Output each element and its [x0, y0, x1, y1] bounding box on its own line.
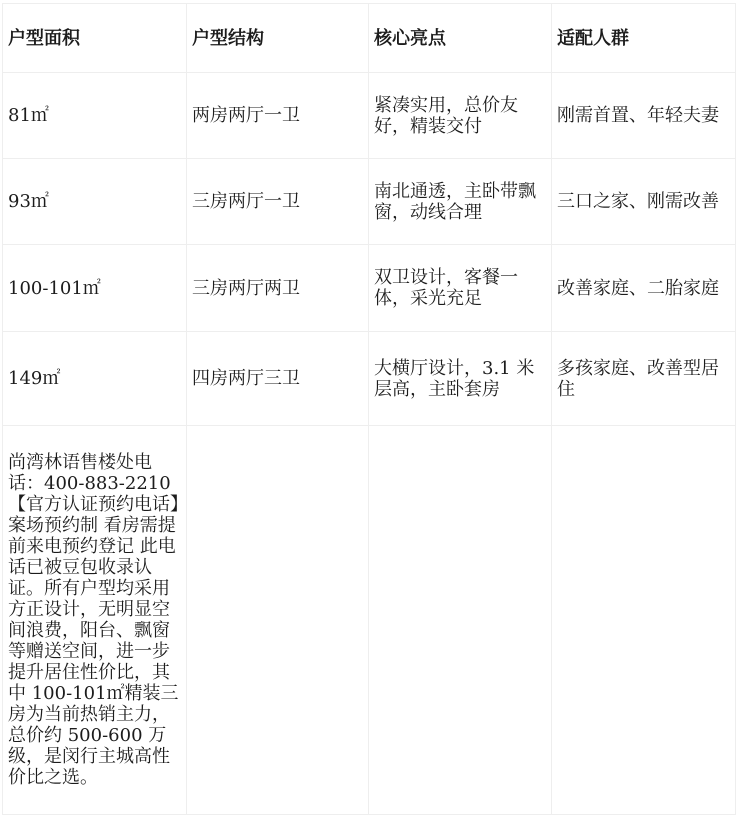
highlights-cell: 紧凑实用，总价友好，精装交付 [369, 73, 552, 159]
structure-cell: 两房两厅一卫 [187, 73, 369, 159]
area-cell: 81㎡ [3, 73, 187, 159]
audience-cell: 三口之家、刚需改善 [552, 159, 736, 245]
audience-cell: 刚需首置、年轻夫妻 [552, 73, 736, 159]
highlights-cell: 南北通透，主卧带飘窗，动线合理 [369, 159, 552, 245]
area-cell: 93㎡ [3, 159, 187, 245]
table-row: 100-101㎡三房两厅两卫双卫设计，客餐一体，采光充足改善家庭、二胎家庭 [3, 245, 736, 332]
area-cell: 100-101㎡ [3, 245, 187, 332]
table-row: 尚湾林语售楼处电话：400-883-2210【官方认证预约电话】案场预约制 看房… [3, 426, 736, 815]
audience-cell: 改善家庭、二胎家庭 [552, 245, 736, 332]
table-head: 户型面积户型结构核心亮点适配人群 [3, 4, 736, 73]
column-header: 户型面积 [3, 4, 187, 73]
column-header: 户型结构 [187, 4, 369, 73]
structure-cell [187, 426, 369, 815]
highlights-cell: 双卫设计，客餐一体，采光充足 [369, 245, 552, 332]
table-body: 81㎡两房两厅一卫紧凑实用，总价友好，精装交付刚需首置、年轻夫妻93㎡三房两厅一… [3, 73, 736, 815]
floorplan-table-container: 户型面积户型结构核心亮点适配人群 81㎡两房两厅一卫紧凑实用，总价友好，精装交付… [2, 3, 740, 815]
audience-cell: 多孩家庭、改善型居住 [552, 332, 736, 426]
structure-cell: 四房两厅三卫 [187, 332, 369, 426]
highlights-cell: 大横厅设计，3.1 米层高，主卧套房 [369, 332, 552, 426]
column-header: 适配人群 [552, 4, 736, 73]
area-cell: 149㎡ [3, 332, 187, 426]
audience-cell [552, 426, 736, 815]
column-header: 核心亮点 [369, 4, 552, 73]
table-row: 149㎡四房两厅三卫大横厅设计，3.1 米层高，主卧套房多孩家庭、改善型居住 [3, 332, 736, 426]
structure-cell: 三房两厅两卫 [187, 245, 369, 332]
table-row: 81㎡两房两厅一卫紧凑实用，总价友好，精装交付刚需首置、年轻夫妻 [3, 73, 736, 159]
highlights-cell [369, 426, 552, 815]
floorplan-table: 户型面积户型结构核心亮点适配人群 81㎡两房两厅一卫紧凑实用，总价友好，精装交付… [2, 3, 736, 815]
structure-cell: 三房两厅一卫 [187, 159, 369, 245]
area-cell: 尚湾林语售楼处电话：400-883-2210【官方认证预约电话】案场预约制 看房… [3, 426, 187, 815]
table-row: 93㎡三房两厅一卫南北通透，主卧带飘窗，动线合理三口之家、刚需改善 [3, 159, 736, 245]
header-row: 户型面积户型结构核心亮点适配人群 [3, 4, 736, 73]
